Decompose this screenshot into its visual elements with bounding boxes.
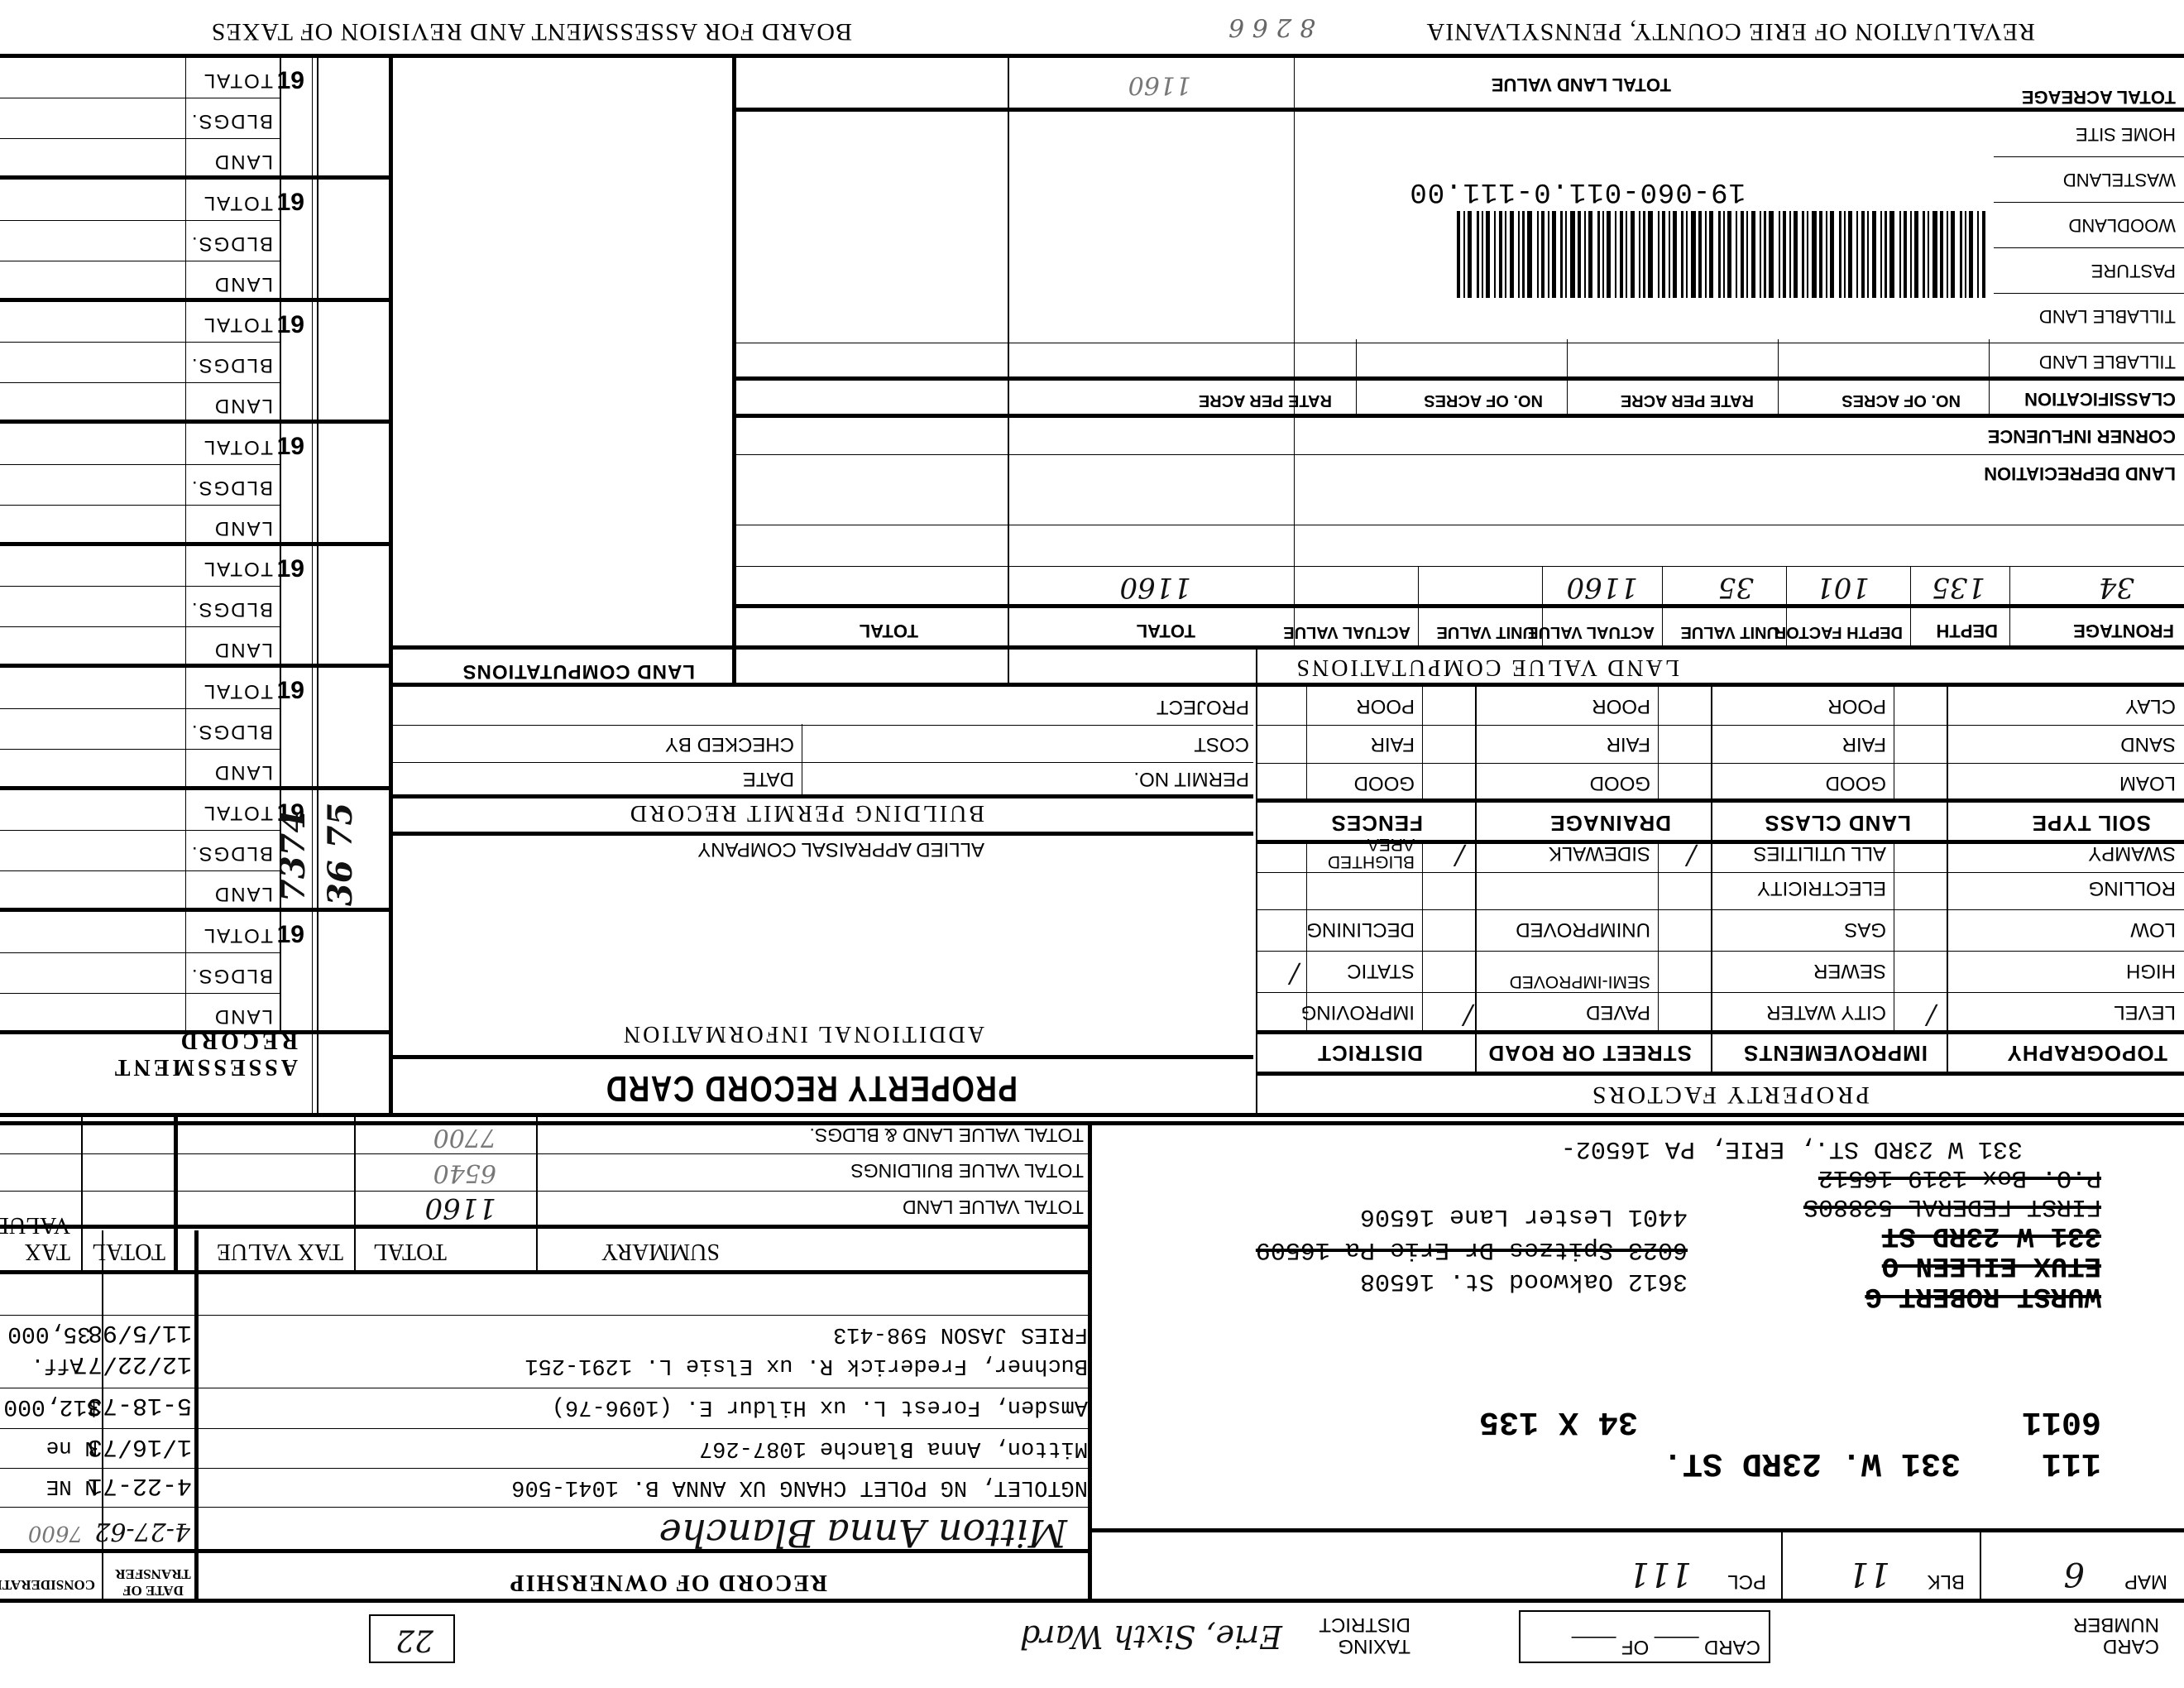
land-computations-label: LAND COMPUTATIONS: [462, 659, 695, 683]
divider: [2009, 567, 2010, 650]
assessment-value-cell[interactable]: [4, 184, 178, 218]
drainage-poor[interactable]: POOR: [1592, 694, 1650, 717]
assessment-row-label: LAND: [213, 516, 273, 539]
fences-fair[interactable]: FAIR: [1371, 732, 1415, 755]
divider: [1257, 872, 2184, 873]
handwritten-stamp: 36 75: [321, 803, 360, 906]
divider: [0, 1121, 2184, 1125]
owner-line: ETUX EILEEN O: [1882, 1249, 2101, 1281]
assessment-value-cell[interactable]: [4, 875, 178, 909]
summary-total-header: TOTAL: [373, 1238, 447, 1264]
soil-sand[interactable]: SAND: [2120, 732, 2176, 755]
assessment-row-label: BLDGS.: [190, 597, 273, 621]
assessment-value-cell[interactable]: [4, 916, 178, 950]
ownership-date: 4-27-62: [94, 1517, 190, 1546]
divider: [1475, 687, 1477, 844]
factor-sewer[interactable]: SEWER: [1813, 959, 1886, 982]
ownership-owner: Amsden, Forest L. ux Hildur E. (1096-76): [552, 1394, 1088, 1419]
lv-header-frontage: FRONTAGE: [2073, 620, 2174, 641]
ownership-owner: NGTOLET, NG POLET CHANG UX ANNA B. 1041-…: [511, 1475, 1088, 1499]
address-line: 4401 Lester Lane 16506: [1360, 1202, 1688, 1230]
divider: [736, 645, 2184, 650]
summary-label: TOTAL VALUE BUILDINGS: [850, 1159, 1084, 1182]
factor-rolling[interactable]: ROLLING: [2089, 876, 2176, 899]
assessment-value-cell[interactable]: [4, 712, 178, 746]
property-address: 331 W. 23RD ST.: [1663, 1444, 1961, 1481]
divider: [0, 220, 281, 221]
divider: [736, 343, 2184, 343]
classification-header: CLASSIFICATION: [2024, 388, 2176, 410]
mailing-line: FIRST FEDERAL 53880S: [1803, 1192, 2101, 1220]
year-prefix: 19: [277, 189, 304, 218]
class-tillable-1: TILLABLE LAND: [2039, 351, 2176, 372]
divider: [1567, 339, 1568, 418]
class-fair[interactable]: FAIR: [1842, 732, 1886, 755]
factor-swampy[interactable]: SWAMPY: [2088, 842, 2176, 865]
assessment-row-label: BLDGS.: [190, 109, 273, 132]
divider: [736, 454, 2184, 455]
class-pasture: PASTURE: [2091, 260, 2176, 281]
year-prefix: 19: [277, 678, 304, 706]
assessment-value-cell[interactable]: [4, 346, 178, 380]
divider: [1980, 1532, 1981, 1603]
factor-header: STREET OR ROAD: [1487, 1040, 1692, 1066]
divider: [1257, 725, 2184, 726]
summary-title: SUMMARY: [601, 1238, 720, 1264]
ownership-date: 5-18-73: [88, 1391, 192, 1419]
divider: [389, 637, 393, 1117]
map-label: MAP: [2124, 1570, 2167, 1593]
assessment-row-label: BLDGS.: [190, 842, 273, 865]
divider: [0, 505, 281, 506]
lv-actual-value: 1160: [1566, 571, 1638, 604]
divider: [0, 1428, 1092, 1429]
divider: [1257, 992, 2184, 993]
assessment-record-title: ASSESSMENT RECORD: [0, 1027, 298, 1080]
property-factors-title: PROPERTY FACTORS: [1590, 1081, 1870, 1109]
divider: [1256, 645, 1257, 1117]
lv-unit-value: 35: [1718, 571, 1754, 604]
divider: [0, 1191, 1092, 1192]
account-number: 6011: [2022, 1403, 2101, 1440]
assessment-value-cell[interactable]: [4, 142, 178, 176]
ownership-date: 12/22/77: [73, 1350, 192, 1378]
assessment-row-label: TOTAL: [203, 313, 273, 336]
assessment-row-label: TOTAL: [203, 801, 273, 824]
divider: [393, 645, 736, 650]
divider: [393, 725, 1253, 726]
fences-poor[interactable]: POOR: [1356, 694, 1415, 717]
divider: [1257, 763, 2184, 764]
lv-total: 1160: [1119, 571, 1191, 604]
assessment-row-label: LAND: [213, 639, 273, 662]
assessment-row-label: TOTAL: [203, 923, 273, 947]
assessment-value-cell[interactable]: [4, 549, 178, 583]
lv-header-total: TOTAL: [1137, 620, 1195, 641]
divider: [0, 993, 281, 994]
factor-unimproved[interactable]: UNIMPROVED: [1516, 918, 1650, 941]
divider: [0, 870, 281, 871]
class-good[interactable]: GOOD: [1826, 771, 1886, 794]
divider: [0, 586, 281, 587]
drainage-good[interactable]: GOOD: [1590, 771, 1650, 794]
divider: [0, 1507, 1092, 1508]
rate-header: RATE PER ACRE: [1621, 391, 1754, 410]
class-wasteland: WASTELAND: [2063, 169, 2176, 190]
assessment-value-cell[interactable]: [4, 305, 178, 339]
divider: [1910, 567, 1911, 650]
map-value: 6: [2064, 1555, 2085, 1593]
class-woodland: WOODLAND: [2068, 214, 2176, 236]
divider: [1947, 687, 1948, 844]
divider: [389, 683, 2184, 687]
ownership-consideration: 35,000: [7, 1321, 91, 1346]
factor-city-water[interactable]: CITY WATER: [1766, 1000, 1886, 1024]
divider: [0, 138, 281, 139]
ownership-owner-handwritten: Mitton Anna Blanche: [659, 1511, 1067, 1556]
assessment-value-cell[interactable]: [4, 386, 178, 420]
summary-tax-header: TAX VALUE: [217, 1238, 343, 1264]
divider: [1088, 1123, 1092, 1603]
owner-line: WURST ROBERT G: [1865, 1280, 2101, 1312]
assessment-value-cell[interactable]: [4, 224, 178, 258]
parcel-number: 111: [2042, 1444, 2101, 1481]
card-of-box: CARD ____ OF ____: [1519, 1610, 1770, 1663]
factor-header: LAND CLASS: [1764, 810, 1911, 836]
assessment-value-cell[interactable]: [4, 102, 178, 136]
assessment-value-cell[interactable]: [4, 957, 178, 990]
assessment-row-label: LAND: [213, 1005, 273, 1028]
factor-low[interactable]: LOW: [2130, 918, 2176, 941]
divider: [1994, 247, 2184, 248]
assessment-value-cell[interactable]: [4, 753, 178, 787]
assessment-row-label: BLDGS.: [190, 964, 273, 987]
factor-electricity[interactable]: ELECTRICITY: [1757, 876, 1886, 899]
factor-paved[interactable]: PAVED: [1586, 1000, 1650, 1024]
acres-header: NO. OF ACRES: [1842, 391, 1961, 410]
barcode-icon: [1332, 211, 1985, 298]
permit-date-label: DATE: [743, 767, 794, 790]
assessment-row-label: LAND: [213, 151, 273, 174]
property-record-card-sheet: REVALUATION OF ERIE COUNTY, PENNSYLVANIA…: [0, 0, 2184, 1688]
ownership-title: RECORD OF OWNERSHIP: [509, 1569, 827, 1595]
divider: [1542, 567, 1543, 650]
divider: [0, 1468, 1092, 1469]
factor-semi-improved[interactable]: SEMI-IMPROVED: [1485, 972, 1650, 990]
assessment-row-label: LAND: [213, 883, 273, 906]
divider: [0, 1599, 2184, 1603]
summary-total: 1160: [424, 1192, 496, 1225]
ownership-consideration: N ne: [46, 1436, 98, 1460]
assessment-value-cell[interactable]: [4, 265, 178, 299]
divider: [1662, 567, 1663, 650]
divider: [0, 261, 281, 261]
soil-clay[interactable]: CLAY: [2125, 694, 2176, 717]
corner-influence-label: CORNER INFLUENCE: [1988, 425, 2176, 447]
divider: [736, 525, 2184, 525]
divider: [1257, 1030, 2184, 1034]
divider: [1475, 844, 1477, 1076]
assessment-value-cell[interactable]: [4, 631, 178, 664]
acres-header: NO. OF ACRES: [1424, 391, 1543, 410]
summary-total-header: TOTAL: [92, 1238, 165, 1264]
ownership-consideration: Aff.: [31, 1353, 83, 1378]
lv-header-depth: DEPTH: [1936, 620, 1998, 641]
divider: [0, 1153, 1092, 1154]
property-record-card-title: PROPERTY RECORD CARD: [605, 1067, 1018, 1109]
ownership-consideration: $12,000: [3, 1393, 101, 1419]
total-land-value-label: TOTAL LAND VALUE: [1492, 74, 1671, 95]
factor-header: DISTRICT: [1317, 1040, 1423, 1066]
divider: [736, 108, 2184, 112]
divider: [0, 1113, 2184, 1117]
divider: [1306, 687, 1307, 803]
divider: [0, 98, 281, 98]
lv-header-total-2: TOTAL: [860, 620, 918, 641]
rate-header: RATE PER ACRE: [1199, 391, 1332, 410]
summary-total: 7700: [433, 1123, 496, 1152]
ownership-consideration: 7600: [28, 1521, 83, 1546]
summary-label: TOTAL VALUE LAND: [903, 1196, 1084, 1218]
divider: [1257, 840, 2184, 844]
factor-level[interactable]: LEVEL: [2114, 1000, 2176, 1024]
divider: [174, 1117, 178, 1274]
divider: [1008, 58, 1009, 687]
divider: [0, 626, 281, 627]
additional-info-title: ADDITIONAL INFORMATION: [621, 1020, 984, 1047]
factor-sidewalk[interactable]: SIDEWALK: [1549, 842, 1650, 865]
divider: [0, 1315, 1092, 1316]
divider: [1294, 58, 1295, 650]
year-prefix: 19: [277, 922, 304, 950]
divider: [736, 604, 2184, 608]
land-value-title: LAND VALUE COMPUTATIONS: [1294, 654, 1679, 680]
drainage-fair[interactable]: FAIR: [1607, 732, 1650, 755]
divider: [1994, 156, 2184, 157]
divider: [736, 414, 2184, 418]
divider: [0, 382, 281, 383]
assessment-row-label: BLDGS.: [190, 720, 273, 743]
check-mark-icon: /: [1927, 999, 1936, 1030]
divider: [0, 1388, 1092, 1388]
divider: [1658, 687, 1659, 803]
divider: [1947, 844, 1948, 1076]
divider: [1418, 567, 1419, 650]
appraisal-company: ALLIED APPRAISAL COMPANY: [697, 837, 984, 861]
land-depreciation-label: LAND DEPRECIATION: [1984, 463, 2176, 484]
divider: [393, 762, 1253, 763]
factor-static[interactable]: STATIC: [1347, 959, 1415, 982]
divider: [0, 54, 2184, 58]
assessment-row-label: TOTAL: [203, 557, 273, 580]
lv-header-depth-factor: DEPTH FACTOR: [1774, 622, 1903, 641]
assessment-value-cell[interactable]: [4, 672, 178, 706]
assessment-row-label: BLDGS.: [190, 476, 273, 499]
divider: [736, 376, 2184, 381]
divider: [0, 952, 281, 953]
divider: [0, 342, 281, 343]
divider: [389, 58, 393, 687]
divider: [0, 749, 281, 750]
class-poor[interactable]: POOR: [1827, 694, 1886, 717]
factor-header: DRAINAGE: [1549, 810, 1671, 836]
divider: [194, 1230, 199, 1603]
district-box: 22: [369, 1614, 455, 1663]
divider: [1356, 339, 1357, 418]
summary-tax-header: TAX VALUE: [0, 1211, 70, 1264]
blk-label: BLK: [1928, 1570, 1965, 1593]
divider: [802, 724, 802, 798]
year-prefix: 19: [277, 434, 304, 462]
assessment-value-cell[interactable]: [4, 428, 178, 462]
summary-label: TOTAL VALUE LAND & BLDGS.: [810, 1124, 1084, 1146]
blk-value: 11: [1848, 1555, 1890, 1593]
card-of-label: CARD ____ OF ____: [1572, 1635, 1760, 1658]
assessment-value-cell[interactable]: [4, 590, 178, 624]
lv-header-unit-value: UNIT VALUE: [1680, 622, 1779, 641]
lv-header-actual-value-2: ACTUAL VALUE: [1283, 622, 1410, 641]
divider: [1257, 798, 2184, 803]
factor-improving[interactable]: IMPROVING: [1301, 1000, 1415, 1024]
divider: [0, 1225, 1092, 1229]
class-tillable-2: TILLABLE LAND: [2039, 305, 2176, 327]
factor-header: SOIL TYPE: [2032, 810, 2151, 836]
factor-header: IMPROVEMENTS: [1743, 1040, 1928, 1066]
assessment-value-cell[interactable]: [4, 509, 178, 543]
pcl-label: PCL: [1727, 1570, 1766, 1593]
divider: [0, 708, 281, 709]
assessment-row-label: LAND: [213, 395, 273, 418]
assessment-row-label: BLDGS.: [190, 353, 273, 376]
divider: [317, 58, 318, 1117]
divider: [81, 1117, 83, 1274]
lv-frontage: 34: [2099, 571, 2134, 604]
total-land-value-amount: 1160: [1128, 70, 1191, 99]
divider: [185, 58, 186, 1034]
total-acreage-label: TOTAL ACREAGE: [2022, 86, 2176, 108]
board-title: BOARD FOR ASSESSMENT AND REVISION OF TAX…: [211, 17, 852, 46]
assessment-row-label: TOTAL: [203, 679, 273, 703]
building-permit-title: BUILDING PERMIT RECORD: [628, 799, 984, 826]
permit-checked-by-label: CHECKED BY: [665, 732, 794, 755]
pcl-value: 111: [1629, 1555, 1692, 1593]
permit-cost-label: COST: [1194, 732, 1249, 755]
taxing-district-label: TAXING DISTRICT: [1295, 1614, 1410, 1657]
divider: [393, 1055, 1253, 1059]
ownership-owner: Mitton, Anna Blanche 1087-267: [699, 1436, 1088, 1460]
ownership-owner: Buchner, Frederick R. ux Elsie L. 1291-2…: [524, 1353, 1088, 1378]
assessment-row-label: TOTAL: [203, 435, 273, 458]
divider: [393, 832, 1253, 836]
ownership-owner: FRIES JASON 598-413: [833, 1321, 1088, 1346]
soil-loam[interactable]: LOAM: [2119, 771, 2176, 794]
divider: [732, 58, 736, 687]
assessment-value-cell[interactable]: [4, 997, 178, 1031]
check-mark-icon: /: [1290, 957, 1299, 989]
ownership-date: 11/5/98: [88, 1318, 192, 1346]
assessment-row-label: BLDGS.: [190, 232, 273, 255]
year-prefix: 19: [277, 311, 304, 339]
year-prefix: 19: [277, 555, 304, 583]
assessment-value-cell[interactable]: [4, 468, 178, 502]
divider: [0, 830, 281, 831]
owner-line: 331 W 23RD ST: [1882, 1220, 2101, 1251]
assessment-value-cell[interactable]: [4, 834, 178, 868]
assessment-value-cell[interactable]: [4, 794, 178, 827]
ownership-date: 4-22-71: [88, 1471, 192, 1499]
divider: [1092, 1528, 2184, 1532]
ownership-date: 1/16/73: [88, 1432, 192, 1460]
mailing-line: P.O. Box 1319 16512: [1818, 1163, 2101, 1192]
divider: [0, 464, 281, 465]
ownership-consideration: N NE: [46, 1475, 98, 1499]
factor-high[interactable]: HIGH: [2126, 959, 2176, 982]
divider: [1422, 687, 1423, 803]
district-box-value: 22: [395, 1623, 433, 1657]
check-mark-icon: /: [1463, 999, 1473, 1030]
lv-header-unit-value-2: UNIT VALUE: [1436, 622, 1535, 641]
handwritten-stamp: 7374: [274, 810, 313, 902]
lv-header-actual-value: ACTUAL VALUE: [1527, 622, 1655, 641]
divider: [312, 58, 313, 1117]
barcode-text: 19-060-011.0-111.00: [1409, 175, 1746, 207]
divider: [1994, 293, 2184, 294]
divider: [1711, 844, 1712, 1076]
divider: [354, 1117, 356, 1274]
assessment-value-cell[interactable]: [4, 61, 178, 95]
divider: [1989, 339, 1990, 418]
divider: [736, 566, 2184, 567]
factor-header: TOPOGRAPHY: [2007, 1040, 2167, 1066]
lv-depth-factor: 101: [1816, 571, 1870, 604]
divider: [0, 1270, 1092, 1274]
factor-all-utilities[interactable]: ALL UTILITIES: [1754, 842, 1887, 865]
revaluation-title: REVALUATION OF ERIE COUNTY, PENNSYLVANIA: [1426, 17, 2035, 46]
divider: [1257, 1072, 2184, 1076]
divider: [536, 1117, 538, 1274]
divider: [1994, 202, 2184, 203]
divider: [1781, 1532, 1783, 1603]
divider: [1711, 687, 1712, 844]
class-home-site: HOME SITE: [2076, 123, 2176, 145]
address-line: 6023 Spitzes Dr Erie Pa 16509: [1256, 1235, 1688, 1264]
address-line: 3612 Oakwood St. 16508: [1360, 1267, 1688, 1295]
transfer-date-header: DATE OF TRANSFER: [112, 1566, 194, 1599]
assessment-row-label: LAND: [213, 760, 273, 784]
assessment-row-label: TOTAL: [203, 191, 273, 214]
year-prefix: 19: [277, 67, 304, 95]
divider: [1778, 339, 1779, 418]
permit-no-label: PERMIT NO.: [1133, 767, 1249, 790]
consideration-header: CONSIDERATION: [0, 1576, 95, 1593]
card-number-label: CARD NUMBER: [2060, 1614, 2159, 1657]
taxing-district-value: Erie, Sixth Ward: [1020, 1618, 1282, 1655]
divider: [1257, 951, 2184, 952]
divider: [1894, 687, 1894, 803]
divider: [393, 794, 1253, 798]
divider: [1786, 567, 1787, 650]
factor-declining[interactable]: DECLINING: [1306, 918, 1415, 941]
factor-header: FENCES: [1331, 810, 1423, 836]
factor-gas[interactable]: GAS: [1844, 918, 1886, 941]
lot-dimensions: 34 X 135: [1479, 1403, 1638, 1440]
lv-depth: 135: [1932, 571, 1985, 604]
permit-project-label: PROJECT: [1157, 695, 1249, 718]
handwritten-note: 8 2 6 6: [1228, 12, 1315, 41]
fences-good[interactable]: GOOD: [1354, 771, 1415, 794]
mailing-line: 331 W 23RD ST., ERIE, PA 16502-: [1561, 1134, 2023, 1163]
assessment-row-label: LAND: [213, 272, 273, 295]
